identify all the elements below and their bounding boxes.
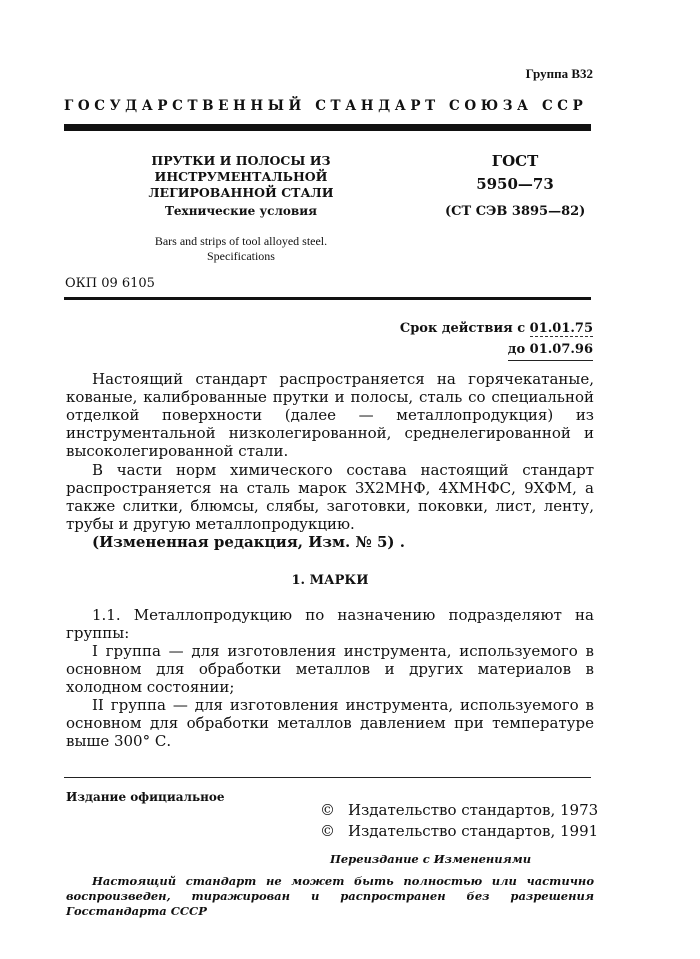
intro-text-2: В части норм химического состава настоящ… bbox=[66, 461, 594, 533]
gost-number: 5950—73 bbox=[470, 173, 560, 195]
validity-label: Срок действия с bbox=[400, 321, 525, 336]
copyright-icon: © bbox=[320, 800, 348, 821]
validity-from-date: 01.01.75 bbox=[530, 321, 593, 337]
validity-to-label: до bbox=[508, 342, 525, 357]
amendment-note: (Измененная редакция, Изм. № 5) . bbox=[66, 533, 594, 551]
footer-divider bbox=[64, 777, 591, 778]
intro-text-1: Настоящий стандарт распространяется на г… bbox=[66, 370, 594, 460]
reproduction-notice-text: Настоящий стандарт не может быть полност… bbox=[66, 874, 594, 919]
header-divider bbox=[64, 124, 591, 131]
document-title: ПРУТКИ И ПОЛОСЫ ИЗ ИНСТРУМЕНТАЛЬНОЙ ЛЕГИ… bbox=[65, 153, 417, 201]
okp-code: ОКП 09 6105 bbox=[65, 276, 155, 291]
gost-designation: ГОСТ 5950—73 bbox=[470, 150, 560, 195]
copyright-line-1: ©Издательство стандартов, 1973 bbox=[320, 800, 598, 821]
english-title-line-1: Bars and strips of tool alloyed steel. bbox=[65, 234, 417, 249]
group-1-definition: I группа — для изготовления инструмента,… bbox=[66, 642, 594, 696]
intro-paragraph-1: Настоящий стандарт распространяется на г… bbox=[66, 370, 594, 460]
reissue-note: Переиздание с Изменениями bbox=[330, 852, 531, 866]
section-heading: 1. МАРКИ bbox=[66, 573, 594, 588]
clause-1-1: 1.1. Металлопродукцию по назначению подр… bbox=[66, 606, 594, 642]
validity-to-date: 01.07.96 bbox=[530, 342, 593, 357]
copyright-icon: © bbox=[320, 821, 348, 842]
masthead: ГОСУДАРСТВЕННЫЙ СТАНДАРТ СОЮЗА ССР bbox=[64, 98, 594, 114]
validity-to: до 01.07.96 bbox=[400, 339, 593, 361]
reproduction-notice: Настоящий стандарт не может быть полност… bbox=[66, 874, 594, 919]
validity-period: Срок действия с 01.01.75 до 01.07.96 bbox=[400, 318, 593, 361]
copyright-block: ©Издательство стандартов, 1973 ©Издатель… bbox=[320, 800, 598, 842]
copyright-text-2: Издательство стандартов, 1991 bbox=[348, 822, 598, 840]
english-title-line-2: Specifications bbox=[65, 249, 417, 264]
group-2-definition: II группа — для изготовления инструмента… bbox=[66, 696, 594, 750]
english-title: Bars and strips of tool alloyed steel. S… bbox=[65, 234, 417, 264]
copyright-text-1: Издательство стандартов, 1973 bbox=[348, 801, 598, 819]
section-1-body: 1.1. Металлопродукцию по назначению подр… bbox=[66, 606, 594, 750]
document-subtitle: Технические условия bbox=[65, 204, 417, 218]
gost-label: ГОСТ bbox=[492, 152, 539, 170]
copyright-line-2: ©Издательство стандартов, 1991 bbox=[320, 821, 598, 842]
official-edition: Издание официальное bbox=[66, 790, 225, 804]
title-line-1: ПРУТКИ И ПОЛОСЫ ИЗ ИНСТРУМЕНТАЛЬНОЙ bbox=[65, 153, 417, 185]
classification-group: Группа В32 bbox=[526, 66, 593, 82]
title-line-2: ЛЕГИРОВАННОЙ СТАЛИ bbox=[65, 185, 417, 201]
validity-to-wrap: до 01.07.96 bbox=[508, 339, 593, 361]
intro-paragraph-2: В части норм химического состава настоящ… bbox=[66, 461, 594, 551]
st-sev-reference: (СТ СЭВ 3895—82) bbox=[445, 204, 585, 219]
validity-from: Срок действия с 01.01.75 bbox=[400, 318, 593, 339]
title-divider bbox=[64, 297, 591, 300]
